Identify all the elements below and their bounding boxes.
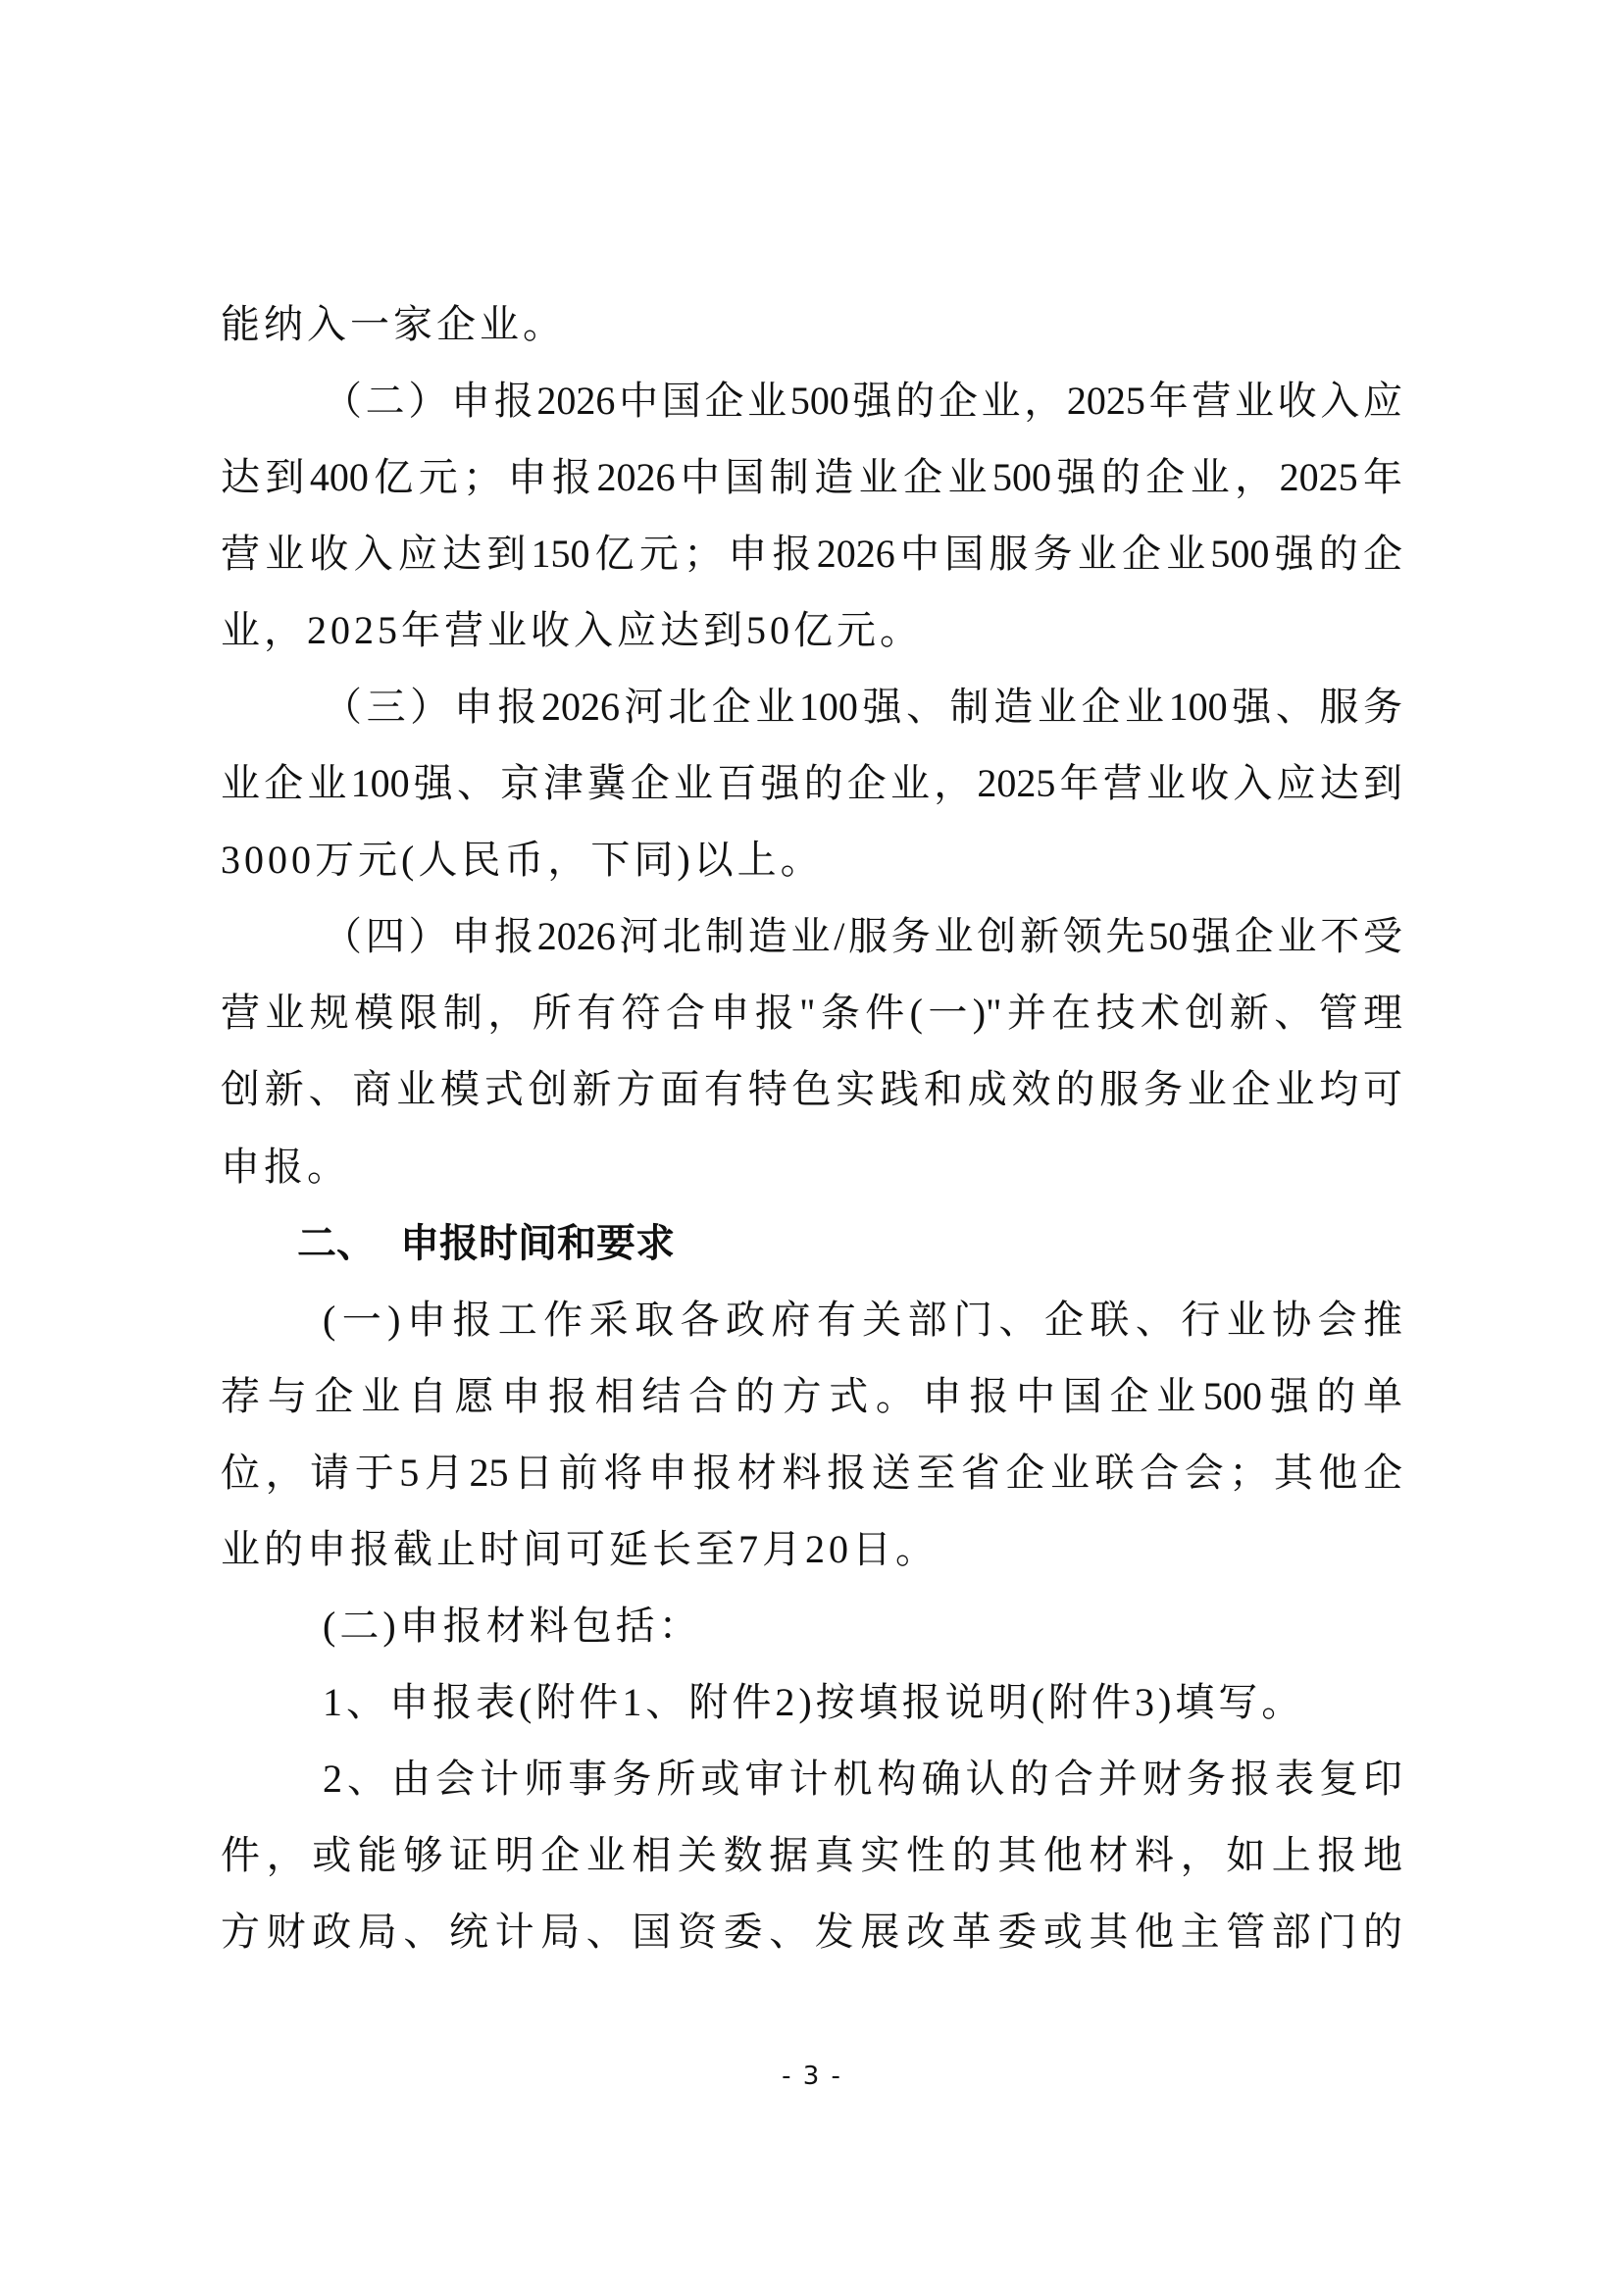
section-heading: 二、申报时间和要求 — [221, 1205, 1402, 1282]
paragraph-line: 业的申报截止时间可延长至7月20日。 — [221, 1511, 1402, 1588]
paragraph-line: 申报。 — [221, 1129, 1402, 1205]
body-text: 能纳入一家企业。 （二）申报2026中国企业500强的企业，2025年营业收入应… — [221, 286, 1402, 1970]
paragraph-line: 1、申报表(附件1、附件2)按填报说明(附件3)填写。 — [221, 1664, 1402, 1741]
paragraph-line: 营业收入应达到150亿元；申报2026中国服务业企业500强的企 — [221, 516, 1402, 592]
paragraph-line: 3000万元(人民币，下同)以上。 — [221, 822, 1402, 898]
paragraph-line: 业，2025年营业收入应达到50亿元。 — [221, 592, 1402, 669]
paragraph-line: （三）申报2026河北企业100强、制造业企业100强、服务 — [221, 669, 1402, 745]
section-heading-number: 二、 — [297, 1205, 400, 1282]
paragraph-line: 营业规模限制，所有符合申报"条件(一)"并在技术创新、管理 — [221, 975, 1402, 1051]
paragraph-line: 业企业100强、京津冀企业百强的企业，2025年营业收入应达到 — [221, 745, 1402, 822]
section-heading-title: 申报时间和要求 — [400, 1221, 675, 1266]
paragraph-line: 达到400亿元；申报2026中国制造业企业500强的企业，2025年 — [221, 439, 1402, 516]
paragraph-line: （二）申报2026中国企业500强的企业，2025年营业收入应 — [221, 363, 1402, 439]
paragraph-line: 件，或能够证明企业相关数据真实性的其他材料，如上报地 — [221, 1817, 1402, 1894]
page-number: - 3 - — [0, 2060, 1624, 2093]
document-page: 能纳入一家企业。 （二）申报2026中国企业500强的企业，2025年营业收入应… — [0, 0, 1624, 2294]
paragraph-line: (二)申报材料包括： — [221, 1588, 1402, 1664]
paragraph-line: 2、由会计师事务所或审计机构确认的合并财务报表复印 — [221, 1741, 1402, 1817]
paragraph-line: (一)申报工作采取各政府有关部门、企联、行业协会推 — [221, 1282, 1402, 1358]
paragraph-line: 荐与企业自愿申报相结合的方式。申报中国企业500强的单 — [221, 1358, 1402, 1435]
paragraph-line: 创新、商业模式创新方面有特色实践和成效的服务业企业均可 — [221, 1051, 1402, 1128]
paragraph-line: 方财政局、统计局、国资委、发展改革委或其他主管部门的 — [221, 1894, 1402, 1970]
paragraph-line: （四）申报2026河北制造业/服务业创新领先50强企业不受 — [221, 898, 1402, 975]
paragraph-line: 位，请于5月25日前将申报材料报送至省企业联合会；其他企 — [221, 1435, 1402, 1511]
paragraph-line: 能纳入一家企业。 — [221, 286, 1402, 363]
